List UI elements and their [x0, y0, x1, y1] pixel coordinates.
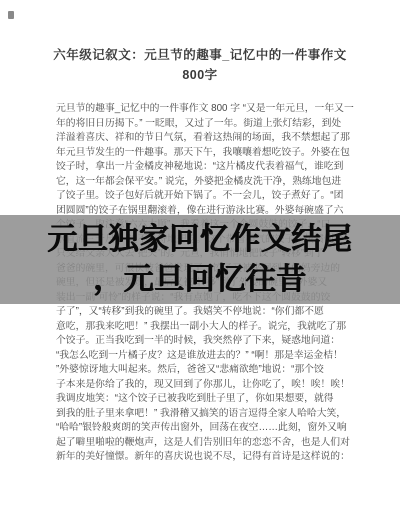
body-line: “哈哈”银铃般爽朗的笑声传出窗外，回荡在夜空……此刻，窗外又响 [56, 421, 356, 436]
body-line: 年元旦节发生的一件趣事。那天下午，我嚷嚷着想吃饺子。外婆在包 [56, 146, 356, 161]
body-line: 到我的肚子里来拿吧！” 我滑稽又搞笑的语言逗得全家人哈哈大笑， [56, 407, 356, 422]
title-line-2: 800字 [30, 65, 370, 85]
body-line: “我怎么吃到一片橘子皮？这是谁放进去的？” “啊！那是幸运金桔！ [56, 349, 356, 364]
body-line: 意吃，那我来吃吧！” 我摆出一副小大人的样子。说完，我就吃了那 [56, 320, 356, 335]
body-line: 子本来是你给了我的，现又回到了你那儿，让你吃了，唉！唉！唉！ [56, 378, 356, 393]
document-page: 六年级记叙文：元旦节的趣事_记忆中的一件事作文 800字 元旦节的趣事_记忆中的… [0, 0, 400, 517]
watermark-line-2: ，元旦回忆往昔 [93, 260, 307, 300]
body-line: 年的将旧日历揭下。” 一眨眼，又过了一年。街道上张灯结彩，到处 [56, 117, 356, 132]
body-line: 新年的美好憧憬。新年的喜庆说也说不尽，记得有首诗是这样说的： [56, 450, 356, 465]
watermark-overlay: 元旦独家回忆作文结尾 ，元旦回忆往昔 [0, 215, 400, 304]
body-line: 我调皮地笑：“这个饺子已被我吃到肚子里了，你如果想要，就得 [56, 392, 356, 407]
body-line: 了饺子里。饺子包好后就开始下锅了。不一会儿，饺子煮好了。“团 [56, 189, 356, 204]
document-title: 六年级记叙文：元旦节的趣事_记忆中的一件事作文 800字 [30, 45, 370, 85]
title-line-1: 六年级记叙文：元旦节的趣事_记忆中的一件事作文 [30, 45, 370, 65]
body-line: 起了噼里啪啦的鞭炮声，这是人们告别旧年的恋恋不舍，也是人们对 [56, 436, 356, 451]
body-line: 饺子时，拿出一片金橘皮神秘地说：“这片橘皮代表着福气，谁吃到 [56, 160, 356, 175]
watermark-line-1: 元旦独家回忆作文结尾 [48, 220, 353, 260]
body-line: 它，这一年都会保平安。” 说完，外婆把金橘皮洗干净，熟练地包进 [56, 175, 356, 190]
body-line: 洋溢着喜庆、祥和的节日气氛，看着这热闹的场面，我不禁想起了那 [56, 131, 356, 146]
body-line: 个饺子。正当我吃到一半的时候，我突然停了下来，疑惑地问道： [56, 334, 356, 349]
body-line: ”外婆惊讶地大叫起来。然后，爸爸又“悲痛欲绝”地说：“那个饺 [56, 363, 356, 378]
body-line: 子了”，又“转移”到我的碗里了。我嬉笑不停地说：“你们都不愿 [56, 305, 356, 320]
body-line: 元旦节的趣事_记忆中的一件事作文 800 字 “又是一年元旦，一年又一 [56, 102, 356, 117]
scan-artifact [8, 11, 14, 19]
